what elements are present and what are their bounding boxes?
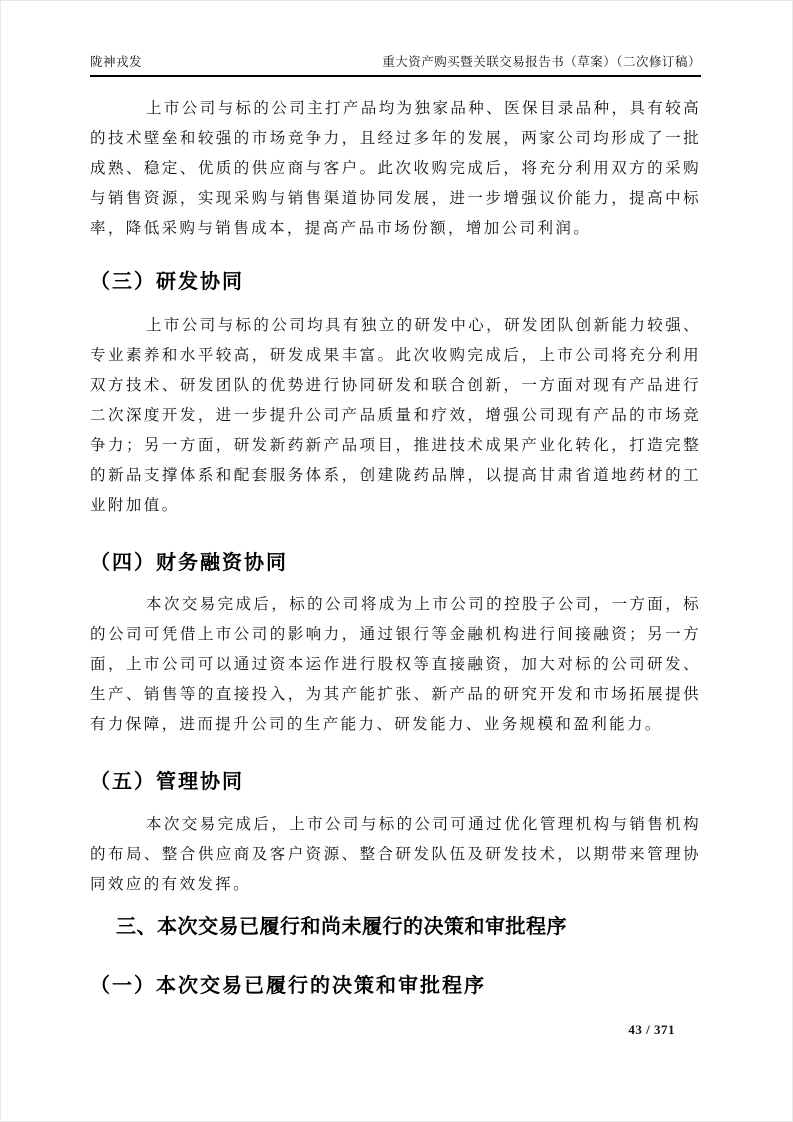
heading-section-three-sub-one: （一）本次交易已履行的决策和审批程序	[90, 971, 701, 1001]
document-page: 陇神戎发 重大资产购买暨关联交易报告书（草案）（二次修订稿） 上市公司与标的公司…	[0, 0, 793, 1122]
header-document-title: 重大资产购买暨关联交易报告书（草案）（二次修订稿）	[382, 52, 701, 70]
paragraph-finance-synergy: 本次交易完成后，标的公司将成为上市公司的控股子公司，一方面，标的公司可凭借上市公…	[90, 590, 701, 740]
paragraph-procurement-sales-synergy: 上市公司与标的公司主打产品均为独家品种、医保目录品种，具有较高的技术壁垒和较强的…	[90, 94, 701, 244]
paragraph-rd-synergy: 上市公司与标的公司均具有独立的研发中心，研发团队创新能力较强、专业素养和水平较高…	[90, 311, 701, 521]
heading-management-synergy: （五）管理协同	[90, 767, 701, 797]
page-number: 43 / 371	[90, 1022, 701, 1038]
paragraph-management-synergy: 本次交易完成后，上市公司与标的公司可通过优化管理机构与销售机构的布局、整合供应商…	[90, 810, 701, 900]
heading-finance-synergy: （四）财务融资协同	[90, 548, 701, 578]
heading-section-three: 三、本次交易已履行和尚未履行的决策和审批程序	[90, 911, 701, 943]
heading-rd-synergy: （三）研发协同	[90, 267, 701, 297]
header-company-name: 陇神戎发	[90, 52, 142, 70]
page-header: 陇神戎发 重大资产购买暨关联交易报告书（草案）（二次修订稿）	[90, 52, 701, 77]
